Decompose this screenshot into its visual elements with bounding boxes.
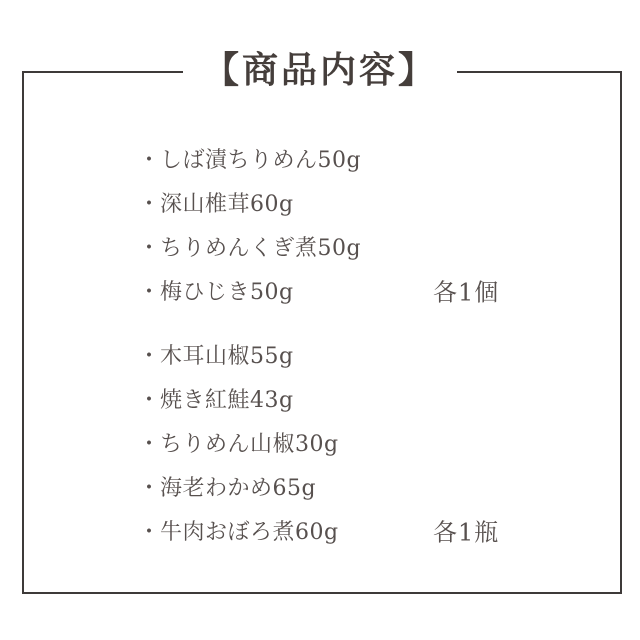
product-group-jars-1: ・ しば漬ちりめん50g ・ 深山椎茸60g ・ ちりめんくぎ煮50g ・ 梅ひ… [138, 136, 558, 312]
list-item: ・ 牛肉おぼろ煮60g 各1瓶 [138, 508, 558, 552]
product-list: ・ しば漬ちりめん50g ・ 深山椎茸60g ・ ちりめんくぎ煮50g ・ 梅ひ… [138, 136, 558, 552]
bullet-icon: ・ [138, 383, 160, 414]
bullet-icon: ・ [138, 339, 160, 370]
bullet-icon: ・ [138, 231, 160, 262]
item-label: ちりめん山椒30g [160, 427, 339, 458]
list-item: ・ ちりめん山椒30g [138, 420, 558, 464]
quantity-label: 各1瓶 [433, 513, 499, 548]
list-item: ・ しば漬ちりめん50g [138, 136, 558, 180]
list-item: ・ ちりめんくぎ煮50g [138, 224, 558, 268]
list-item: ・ 木耳山椒55g [138, 332, 558, 376]
quantity-label: 各1個 [433, 273, 499, 308]
list-item: ・ 深山椎茸60g [138, 180, 558, 224]
item-label: 梅ひじき50g [160, 275, 294, 306]
bullet-icon: ・ [138, 427, 160, 458]
item-label: 海老わかめ65g [160, 471, 316, 502]
item-label: ちりめんくぎ煮50g [160, 231, 361, 262]
bullet-icon: ・ [138, 275, 160, 306]
list-item: ・ 海老わかめ65g [138, 464, 558, 508]
bullet-icon: ・ [138, 471, 160, 502]
bullet-icon: ・ [138, 187, 160, 218]
product-group-jars-2: ・ 木耳山椒55g ・ 焼き紅鮭43g ・ ちりめん山椒30g ・ 海老わかめ6… [138, 332, 558, 552]
item-label: 木耳山椒55g [160, 339, 294, 370]
list-item: ・ 梅ひじき50g 各1個 [138, 268, 558, 312]
item-label: 牛肉おぼろ煮60g [160, 515, 339, 546]
item-label: しば漬ちりめん50g [160, 143, 361, 174]
item-label: 焼き紅鮭43g [160, 383, 294, 414]
item-label: 深山椎茸60g [160, 187, 294, 218]
bullet-icon: ・ [138, 515, 160, 546]
bullet-icon: ・ [138, 143, 160, 174]
product-contents-card: 【商品内容】 ・ しば漬ちりめん50g ・ 深山椎茸60g ・ ちりめんくぎ煮5… [0, 0, 640, 640]
list-item: ・ 焼き紅鮭43g [138, 376, 558, 420]
